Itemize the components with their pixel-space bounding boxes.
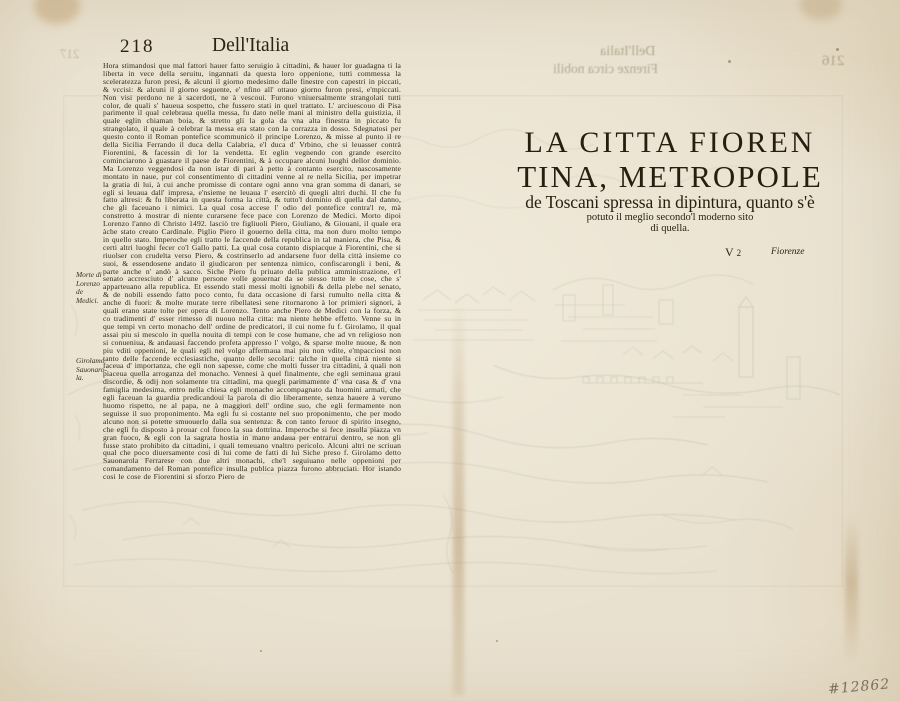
paper-speck bbox=[836, 48, 839, 51]
tower-shape bbox=[787, 357, 800, 399]
mirrored-heading: Firenze circa nobili bbox=[553, 61, 658, 77]
paper-speck bbox=[260, 650, 262, 652]
paper-stain-top-right bbox=[800, 0, 842, 20]
signature-mark: V 2 bbox=[725, 245, 741, 260]
margin-note-morte-di-lorenzo: Morte di Lorenzo de Medici. bbox=[76, 271, 106, 305]
title-line-3: de Toscani spressa in dipintura, quanto … bbox=[488, 193, 852, 212]
mirrored-page-number-216: 216 bbox=[822, 53, 845, 70]
page-number: 218 bbox=[120, 36, 155, 58]
paper-streak-right bbox=[845, 515, 858, 665]
paper-speck bbox=[728, 60, 731, 63]
tower-shape bbox=[739, 307, 753, 377]
margin-note-line: de Medici. bbox=[76, 288, 106, 305]
margin-note-girolamo-savonarola: Girolamo Sauonaro- la. bbox=[76, 357, 106, 383]
title-line-5: di quella. bbox=[488, 223, 852, 234]
mirrored-page-number-217: 217 bbox=[60, 46, 80, 62]
paper-stain-top-left bbox=[34, 0, 80, 24]
scanned-book-page: Dell'Italia Firenze circa nobili 216 217… bbox=[0, 0, 900, 701]
title-line-1: LA CITTA FIOREN bbox=[488, 126, 852, 160]
paper-speck bbox=[496, 640, 498, 642]
mirrored-running-header: Dell'Italia bbox=[600, 44, 655, 60]
title-line-4: potuto il meglio secondo'l moderno sito bbox=[488, 212, 852, 223]
catchword: Fiorenze bbox=[771, 247, 804, 257]
title-line-2: TINA, METROPOLE bbox=[488, 160, 852, 193]
margin-note-line: la. bbox=[76, 374, 106, 383]
running-header: Dell'Italia bbox=[212, 35, 289, 57]
body-text-column: Hora stimandosi que mal fattori hauer fa… bbox=[103, 62, 401, 481]
handwritten-inventory-number: #12862 bbox=[827, 676, 890, 697]
chapter-title-block: LA CITTA FIOREN TINA, METROPOLE de Tosca… bbox=[488, 126, 852, 234]
